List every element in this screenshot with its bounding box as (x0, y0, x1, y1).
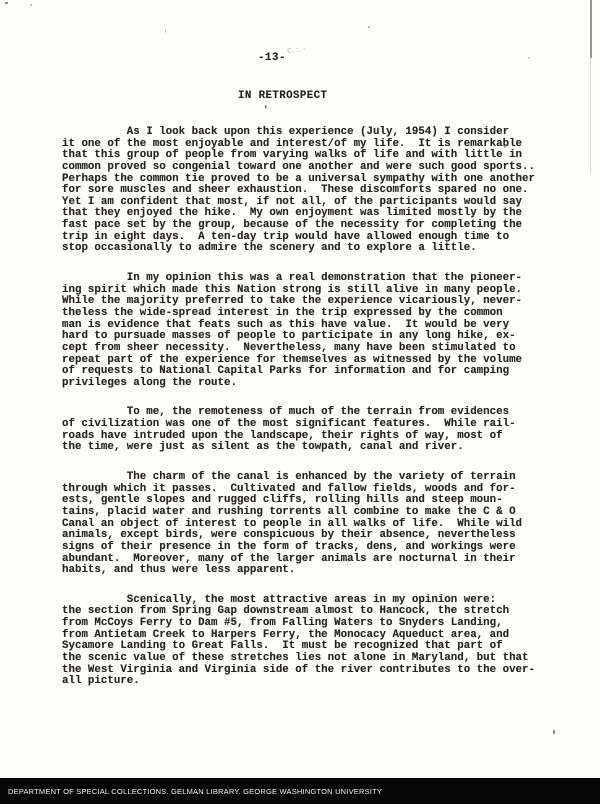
text-line: all picture. (62, 676, 562, 688)
text-line: the scenic value of these stretches lies… (62, 653, 562, 665)
text-line: theless the wide-spread interest in the … (62, 308, 562, 320)
scan-speck (368, 26, 370, 28)
paragraph: In my opinion this was a real demonstrat… (62, 273, 562, 389)
text-line: As I look back upon this experience (Jul… (62, 127, 562, 139)
scan-speck (30, 4, 32, 6)
text-line: the time, were just as silent as the tow… (62, 442, 562, 454)
text-line: The charm of the canal is enhanced by th… (62, 472, 562, 484)
page-number: -13- (258, 52, 286, 64)
document-title: IN RETROSPECT (238, 90, 327, 102)
paragraph: The charm of the canal is enhanced by th… (62, 472, 562, 577)
text-line: tains, placid water and rushing torrents… (62, 507, 562, 519)
text-line: of civilization was one of the most sign… (62, 419, 562, 431)
scan-edge-artifact (590, 0, 592, 58)
scan-edge-artifact-light (590, 58, 591, 173)
text-line: cept from sheer necessity. Nevertheless,… (62, 343, 562, 355)
text-line: In my opinion this was a real demonstrat… (62, 273, 562, 285)
text-line: stop occasionally to admire the scenery … (62, 243, 562, 255)
text-line: privileges along the route. (62, 378, 562, 390)
footer-text: DEPARTMENT OF SPECIAL COLLECTIONS. GELMA… (0, 787, 382, 796)
scan-speck (5, 2, 8, 4)
text-line: habits, and thus were less apparent. (62, 565, 562, 577)
paragraph: To me, the remoteness of much of the ter… (62, 407, 562, 454)
text-line: signs of their presence in the form of t… (62, 542, 562, 554)
scan-speck (165, 29, 166, 33)
scan-speck (528, 57, 530, 59)
stray-ink-mark: ' (263, 105, 268, 115)
footer-bar: DEPARTMENT OF SPECIAL COLLECTIONS. GELMA… (0, 778, 600, 804)
paragraph: Scenically, the most attractive areas in… (62, 595, 562, 688)
text-line: from McCoys Ferry to Dam #5, from Fallin… (62, 618, 562, 630)
text-line: common proved so congenial toward one an… (62, 162, 562, 174)
paragraph: As I look back upon this experience (Jul… (62, 127, 562, 255)
pencil-smudge-annotation: c.:.- (287, 44, 308, 55)
document-page: -13- c.:.- IN RETROSPECT ' As I look bac… (0, 0, 600, 808)
scan-speck (553, 730, 555, 734)
document-body: As I look back upon this experience (Jul… (62, 127, 562, 706)
